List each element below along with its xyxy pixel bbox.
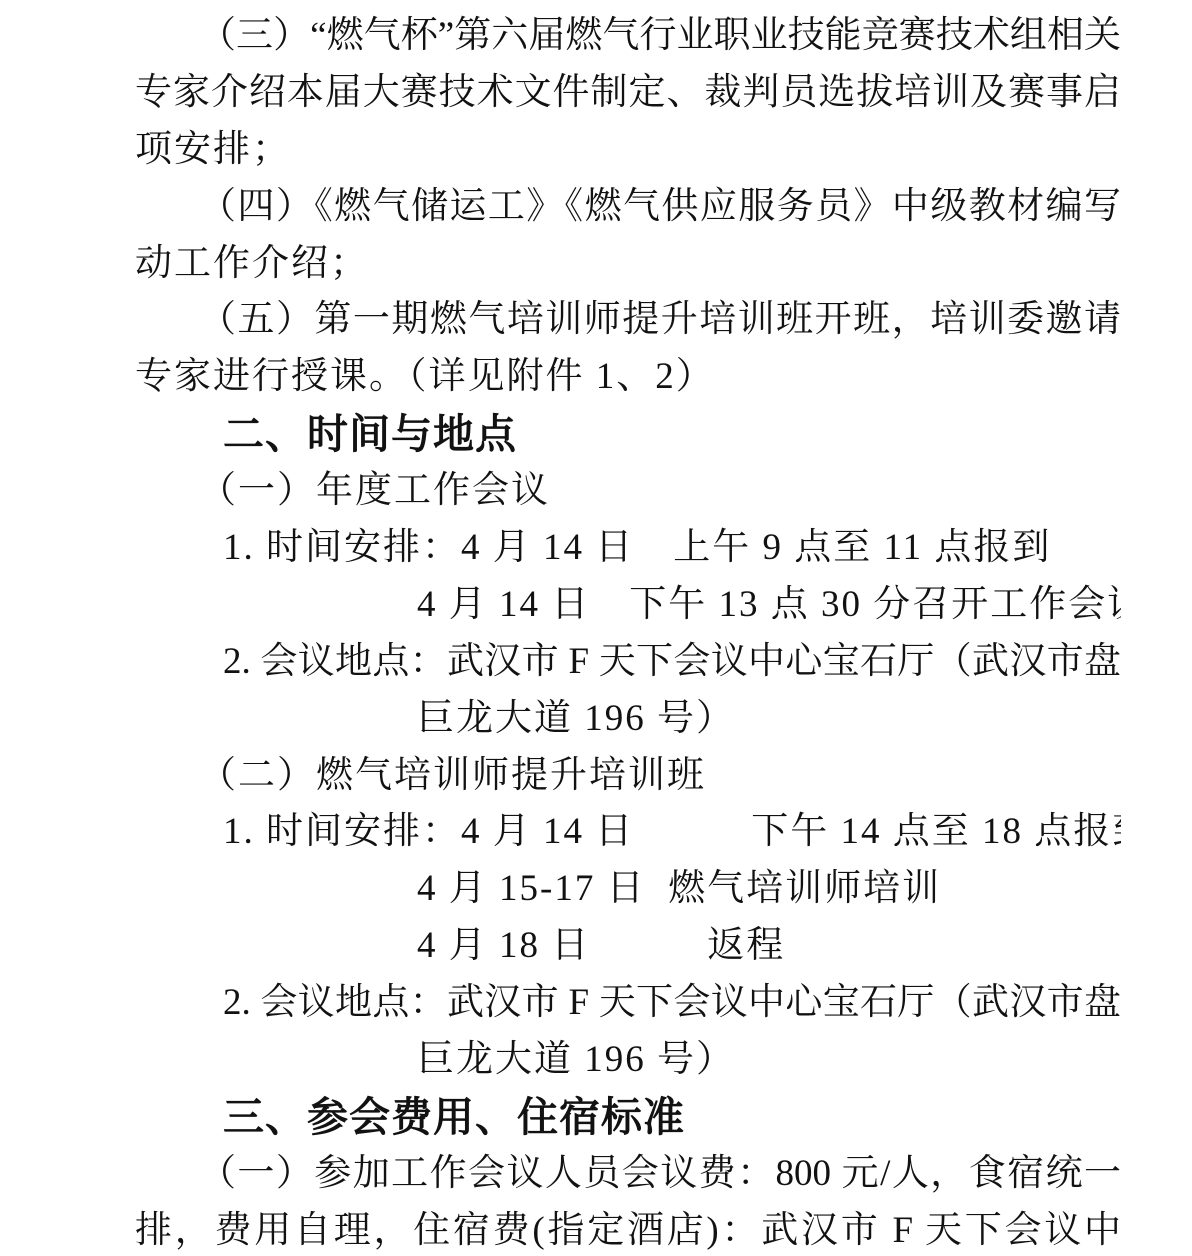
doc-line: 排，费用自理，住宿费(指定酒店)：武汉市 F 天下会议中心，标 <box>135 1203 1121 1256</box>
doc-line: 动工作介绍； <box>135 236 1121 293</box>
venue-line: 巨龙大道 196 号） <box>135 691 1121 748</box>
subsection-heading: （二）燃气培训师提升培训班 <box>135 748 1121 805</box>
doc-line: （一）参加工作会议人员会议费：800 元/人，食宿统一安 <box>135 1146 1121 1203</box>
document-page: （三）“燃气杯”第六届燃气行业职业技能竞赛技术组相关 专家介绍本届大赛技术文件制… <box>0 0 1192 1256</box>
venue-line: 巨龙大道 196 号） <box>135 1032 1121 1089</box>
doc-line: （五）第一期燃气培训师提升培训班开班，培训委邀请资深 <box>135 292 1121 349</box>
doc-line: 项安排； <box>135 122 1121 179</box>
schedule-line: 4 月 15-17 日 燃气培训师培训 <box>135 861 1121 918</box>
doc-line: （三）“燃气杯”第六届燃气行业职业技能竞赛技术组相关 <box>135 8 1121 65</box>
venue-line: 2. 会议地点：武汉市 F 天下会议中心宝石厅（武汉市盘龙城 <box>135 634 1121 691</box>
doc-line: 专家进行授课。（详见附件 1、2） <box>135 349 1121 406</box>
section-heading-2: 二、时间与地点 <box>135 406 1121 463</box>
doc-line: 专家介绍本届大赛技术文件制定、裁判员选拔培训及赛事启动事 <box>135 65 1121 122</box>
schedule-line: 4 月 14 日 下午 13 点 30 分召开工作会议 <box>135 577 1121 634</box>
schedule-line: 4 月 18 日 返程 <box>135 918 1121 975</box>
section-heading-3: 三、参会费用、住宿标准 <box>135 1089 1121 1146</box>
venue-line: 2. 会议地点：武汉市 F 天下会议中心宝石厅（武汉市盘龙城 <box>135 975 1121 1032</box>
schedule-line: 1. 时间安排：4 月 14 日 下午 14 点至 18 点报到 <box>135 804 1121 861</box>
subsection-heading: （一）年度工作会议 <box>135 463 1121 520</box>
schedule-line: 1. 时间安排：4 月 14 日 上午 9 点至 11 点报到 <box>135 520 1121 577</box>
doc-line: （四）《燃气储运工》《燃气供应服务员》中级教材编写启 <box>135 179 1121 236</box>
